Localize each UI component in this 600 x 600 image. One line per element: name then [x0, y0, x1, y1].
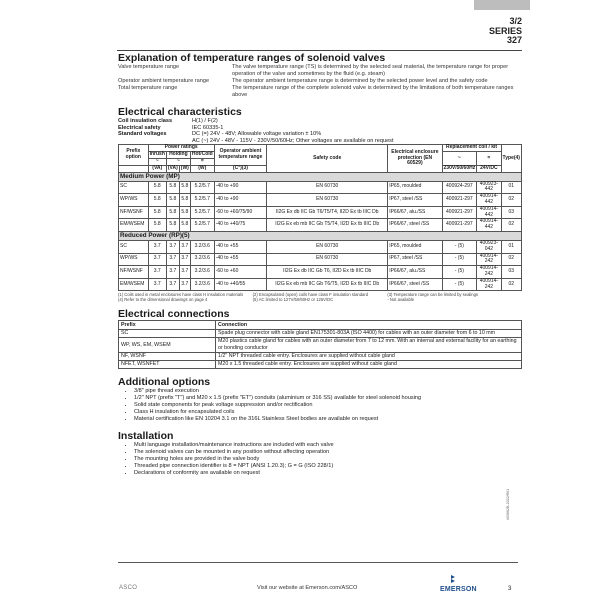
col-prefix: Prefix [119, 321, 216, 329]
table-cell: 5.8 [179, 181, 190, 194]
emerson-logo: EMERSON [440, 586, 477, 593]
table-cell: 3.7 [148, 278, 166, 291]
table-row: WP, WS, EM, WSEMM20 plastics cable gland… [119, 337, 522, 352]
top-divider [117, 50, 522, 51]
table-cell: 400924-297 [442, 181, 477, 194]
list-item: Declarations of conformity are available… [134, 470, 522, 477]
list-item: Material certification like EN 10204 3.1… [134, 416, 522, 423]
explanation-list: Valve temperature range The valve temper… [118, 64, 522, 99]
spec-key [118, 138, 192, 145]
col-prefix: Prefix option [119, 145, 149, 165]
exp-term: Total temperature range [118, 85, 232, 99]
table-cell: -40 to +40/55 [214, 278, 267, 291]
table-cell: 5.2/5.7 [190, 206, 214, 219]
table-cell: Spade plug connector with cable gland EN… [216, 329, 522, 337]
table-cell: 03 [501, 266, 521, 279]
table-cell: IP66/67, alu./SS [388, 206, 442, 219]
table-cell: 5.2/5.7 [190, 181, 214, 194]
table-cell: 3.7 [166, 240, 179, 253]
table-cell: -60 to +60 [214, 266, 267, 279]
col-safety: Safety code [267, 145, 388, 172]
list-item: The mounting holes are provided in the v… [134, 456, 522, 463]
table-cell: 3.2/3.6 [190, 266, 214, 279]
footer-divider [118, 562, 518, 563]
table-cell: 400921-297 [442, 194, 477, 207]
col-enclosure: Electrical enclosure protection (EN 6052… [388, 145, 442, 172]
table-cell: 3.7 [148, 253, 166, 266]
table-cell: 400914-442 [477, 219, 501, 232]
table-cell: II2G Ex db IIC Gb T6/T5/T4, II2D Ex tb I… [267, 206, 388, 219]
connections-table: Prefix Connection SCSpade plug connector… [118, 320, 522, 369]
table-cell: 02 [501, 253, 521, 266]
table-row: SC3.73.73.73.2/3.6-40 to +55EN 60730IP65… [119, 240, 522, 253]
table-cell: -40 to +55 [214, 253, 267, 266]
table-cell: 5.8 [166, 219, 179, 232]
page-content: Explanation of temperature ranges of sol… [118, 52, 522, 477]
installation-title: Installation [118, 430, 522, 442]
unit-va: (VA) [166, 165, 179, 172]
table-cell: 02 [501, 194, 521, 207]
table-cell: 400914-442 [477, 206, 501, 219]
col-rep-dc: 24V/DC [477, 165, 501, 172]
table-cell: NF, WSNF [119, 352, 216, 360]
table-cell: EN 60730 [267, 181, 388, 194]
table-cell: SC [119, 240, 149, 253]
series-number: 327 [489, 36, 522, 46]
power-table-body: Medium Power (MP)SC5.85.85.85.2/5.7-40 t… [119, 172, 522, 291]
exp-term: Operator ambient temperature range [118, 78, 232, 85]
table-cell: 5.8 [166, 181, 179, 194]
installation-list: Multi language installation/maintenance … [118, 442, 522, 477]
table-cell: 3.7 [179, 240, 190, 253]
table-cell: II2G Ex eb mb IIC Gb T6/T5, II2D Ex tb I… [267, 278, 388, 291]
table-row: NF, WSNF1/2" NPT threaded cable entry. E… [119, 352, 522, 360]
table-cell: EN 60730 [267, 240, 388, 253]
electrical-title: Electrical characteristics [118, 106, 522, 118]
table-cell: 3.7 [179, 278, 190, 291]
spec-key: Standard voltages [118, 131, 192, 138]
table-cell: IP66/67, alu./SS [388, 266, 442, 279]
table-cell: 3.7 [166, 253, 179, 266]
exp-term: Valve temperature range [118, 64, 232, 78]
table-cell: 3.7 [148, 240, 166, 253]
col-temp: Operator ambient temperature range [214, 145, 267, 165]
group-row: Reduced Power (RP)(5) [119, 231, 522, 240]
unit-va: (VA) [148, 165, 166, 172]
table-cell: 5.2/5.7 [190, 194, 214, 207]
spec-value: DC (=) 24V - 48V; Allowable voltage vari… [192, 131, 522, 138]
website-link[interactable]: Visit our website at Emerson.com/ASCO [257, 585, 357, 591]
list-item: 3/8" pipe thread execution [134, 388, 522, 395]
table-cell: 02 [501, 219, 521, 232]
table-row: NFET, WSNFETM20 x 1.5 threaded cable ent… [119, 360, 522, 368]
table-cell: 5.8 [148, 206, 166, 219]
col-connection: Connection [216, 321, 522, 329]
table-row: SCSpade plug connector with cable gland … [119, 329, 522, 337]
col-rep-dc-symbol: = [477, 152, 501, 166]
table-cell: IP66/67, steel /SS [388, 219, 442, 232]
footnote: (4) Refer to the dimensional drawings on… [118, 297, 253, 302]
electrical-specs: Coil insulation class H(1) / F(2) Electr… [118, 118, 522, 144]
document-code: #03662B-2022/R01 [506, 489, 510, 520]
table-cell: 3.7 [166, 266, 179, 279]
table-cell: 5.8 [166, 206, 179, 219]
list-item: Multi language installation/maintenance … [134, 442, 522, 449]
table-cell: 03 [501, 206, 521, 219]
table-cell: 400921-297 [442, 219, 477, 232]
page-number: 3 [508, 586, 511, 592]
spec-value: H(1) / F(2) [192, 118, 522, 125]
table-cell: -40 to +40/75 [214, 219, 267, 232]
table-cell: 400923-042 [477, 240, 501, 253]
exp-desc: The operator ambient temperature range i… [232, 78, 522, 85]
group-label: Reduced Power (RP)(5) [119, 231, 522, 240]
table-cell: EN 60730 [267, 194, 388, 207]
table-cell: 5.8 [179, 206, 190, 219]
table-cell: M20 x 1.5 threaded cable entry. Enclosur… [216, 360, 522, 368]
table-cell: 5.8 [148, 219, 166, 232]
table-cell: WP/WS [119, 253, 149, 266]
col-replacement: Replacement coil / kit [442, 145, 501, 152]
table-cell: NFET, WSNFET [119, 360, 216, 368]
table-cell: 3.2/3.6 [190, 240, 214, 253]
table-cell: IP66/67, steel /SS [388, 278, 442, 291]
table-row: SC5.85.85.85.2/5.7-40 to +90EN 60730IP65… [119, 181, 522, 194]
table-cell: - (5) [442, 253, 477, 266]
list-item: The solenoid valves can be mounted in an… [134, 449, 522, 456]
table-cell: EM/WSEM [119, 278, 149, 291]
group-label: Medium Power (MP) [119, 172, 522, 181]
table-cell: 400921-297 [442, 206, 477, 219]
group-row: Medium Power (MP) [119, 172, 522, 181]
table-cell: -60 to +60/75/90 [214, 206, 267, 219]
table-cell: 5.8 [148, 181, 166, 194]
table-cell: IP67, steel /SS [388, 253, 442, 266]
table-cell: WP/WS [119, 194, 149, 207]
table-cell: - (5) [442, 240, 477, 253]
spec-key: Coil insulation class [118, 118, 192, 125]
spec-key: Electrical safety [118, 125, 192, 132]
list-item: Class H insulation for encapsulated coil… [134, 409, 522, 416]
spec-value: AC (~) 24V - 48V - 115V - 230V/50/60Hz; … [192, 138, 522, 145]
footnote: - Not available [387, 297, 522, 302]
table-cell: 3.2/3.6 [190, 253, 214, 266]
table-cell: 3.7 [166, 278, 179, 291]
table-cell: -40 to +55 [214, 240, 267, 253]
table-cell: II2G Ex db IIC Gb T6, II2D Ex tb IIIC Db [267, 266, 388, 279]
unit-temp: (C°)(3) [214, 165, 267, 172]
table-cell: 400923-442 [477, 181, 501, 194]
table-cell: SC [119, 181, 149, 194]
table-cell: 3.7 [148, 266, 166, 279]
options-title: Additional options [118, 376, 522, 388]
table-cell: NF/WSNF [119, 266, 149, 279]
table-cell: II2G Ex eb mb IIC Gb T5/T4, II2D Ex tb I… [267, 219, 388, 232]
table-cell: 5.8 [148, 194, 166, 207]
table-row: WP/WS5.85.85.85.2/5.7-40 to +90EN 60730I… [119, 194, 522, 207]
table-cell: 5.8 [179, 194, 190, 207]
explanation-title: Explanation of temperature ranges of sol… [118, 52, 522, 64]
table-cell: 5.2/5.7 [190, 219, 214, 232]
table-cell: M20 plastics cable gland for cables with… [216, 337, 522, 352]
table-cell: IP65, moulded [388, 240, 442, 253]
table-cell: 3.7 [179, 253, 190, 266]
footnote: (5) AC limited to 127V/50/60Hz or 125V/D… [253, 297, 388, 302]
emerson-logo-icon [448, 574, 458, 584]
options-list: 3/8" pipe thread execution1/2" NPT (pref… [118, 388, 522, 423]
table-cell: EM/WSEM [119, 219, 149, 232]
table-row: NF/WSNF3.73.73.73.2/3.6-60 to +60II2G Ex… [119, 266, 522, 279]
list-item: 1/2" NPT (prefix "T") and M20 x 1.5 (pre… [134, 395, 522, 402]
table-cell: 3.2/3.6 [190, 278, 214, 291]
table-cell: 400914-242 [477, 278, 501, 291]
table-cell: 5.8 [179, 219, 190, 232]
table-cell: -40 to +90 [214, 194, 267, 207]
table-row: WP/WS3.73.73.73.2/3.6-40 to +55EN 60730I… [119, 253, 522, 266]
table-cell: - (5) [442, 278, 477, 291]
unit-w: (W) [179, 165, 190, 172]
table-cell: 1/2" NPT threaded cable entry. Enclosure… [216, 352, 522, 360]
asco-logo: ASCO [119, 585, 137, 591]
exp-desc: The valve temperature range (TS) is dete… [232, 64, 522, 78]
table-cell: IP65, moulded [388, 181, 442, 194]
exp-desc: The temperature range of the complete so… [232, 85, 522, 99]
table-footnotes: (1) Coils used in metal enclosures have … [118, 292, 522, 302]
series-label: 3/2 SERIES 327 [489, 17, 522, 46]
list-item: Solid state components for peak voltage … [134, 402, 522, 409]
connections-title: Electrical connections [118, 308, 522, 320]
table-cell: 400914-242 [477, 266, 501, 279]
col-type: Type(4) [501, 145, 521, 172]
connections-table-body: SCSpade plug connector with cable gland … [119, 329, 522, 368]
table-cell: 01 [501, 240, 521, 253]
table-cell: WP, WS, EM, WSEM [119, 337, 216, 352]
table-cell: 5.8 [166, 194, 179, 207]
table-cell: SC [119, 329, 216, 337]
table-cell: 400914-242 [477, 253, 501, 266]
power-table: Prefix option Power ratings Operator amb… [118, 144, 522, 291]
table-row: NF/WSNF5.85.85.85.2/5.7-60 to +60/75/90I… [119, 206, 522, 219]
header-tab [474, 0, 530, 10]
table-cell: - (5) [442, 266, 477, 279]
table-cell: 3.7 [179, 266, 190, 279]
unit-w: (W) [190, 165, 214, 172]
table-cell: 02 [501, 278, 521, 291]
col-rep-ac-symbol: ~ [442, 152, 477, 166]
table-cell: 400914-442 [477, 194, 501, 207]
table-row: EM/WSEM5.85.85.85.2/5.7-40 to +40/75II2G… [119, 219, 522, 232]
table-row: EM/WSEM3.73.73.73.2/3.6-40 to +40/55II2G… [119, 278, 522, 291]
col-rep-ac: 230V/50/60Hz [442, 165, 477, 172]
table-cell: 01 [501, 181, 521, 194]
table-cell: EN 60730 [267, 253, 388, 266]
table-cell: NF/WSNF [119, 206, 149, 219]
table-cell: IP67, steel /SS [388, 194, 442, 207]
list-item: Threaded pipe connection identifier is 8… [134, 463, 522, 470]
spec-value: IEC 60335-1 [192, 125, 522, 132]
table-cell: -40 to +90 [214, 181, 267, 194]
